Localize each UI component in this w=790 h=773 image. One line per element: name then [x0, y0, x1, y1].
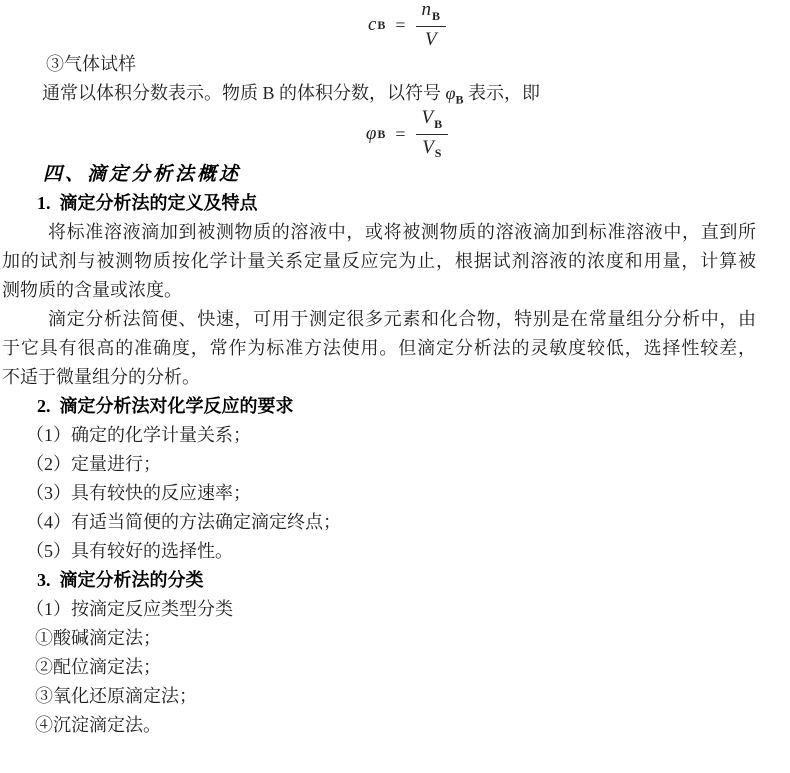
numerator-subscript: B [432, 9, 440, 23]
paragraph-line: 不适于微量组分的分析。 [2, 363, 756, 392]
formula-concentration: cB = nB V [0, 0, 790, 50]
formula-lhs-variable: φ [366, 123, 377, 145]
classification-list: ①酸碱滴定法； ②配位滴定法； ③氧化还原滴定法； ④沉淀滴定法。 [0, 624, 790, 740]
formula-volume-fraction: φB = VB VS [0, 108, 790, 160]
document-page: cB = nB V ③气体试样 通常以体积分数表示。物质 B 的体积分数，以符号… [0, 0, 790, 773]
requirement-item: （2）定量进行； [26, 450, 790, 479]
volume-fraction-text-before: 通常以体积分数表示。物质 B 的体积分数，以符号 [42, 83, 446, 103]
classification-item: ①酸碱滴定法； [35, 624, 790, 653]
requirements-list: （1）确定的化学计量关系； （2）定量进行； （3）具有较快的反应速率； （4）… [0, 421, 790, 566]
section-heading: 四、滴定分析法概述 [43, 160, 790, 189]
denominator-variable: V [425, 29, 437, 50]
equals-sign: = [395, 15, 405, 36]
denominator-variable: V [422, 137, 434, 158]
requirement-item: （4）有适当简便的方法确定滴定终点； [26, 508, 790, 537]
formula-lhs-subscript: B [377, 18, 385, 33]
phi-subscript: B [455, 93, 463, 107]
formula-lhs-variable: c [368, 14, 376, 36]
numerator-subscript: B [434, 117, 442, 131]
subheading-classification: 3.滴定分析法的分类 [37, 566, 790, 595]
volume-fraction-text-after: 表示，即 [464, 83, 541, 103]
classification-item: ④沉淀滴定法。 [35, 711, 790, 740]
requirement-item: （1）确定的化学计量关系； [26, 421, 790, 450]
paragraph-line: 滴定分析法简便、快速，可用于测定很多元素和化合物，特别是在常量组分分析中，由 [2, 305, 756, 334]
fraction: nB V [416, 0, 447, 51]
subheading-requirements: 2.滴定分析法对化学反应的要求 [37, 392, 790, 421]
phi-symbol: φ [446, 83, 456, 103]
subheading-title: 滴定分析法的定义及特点 [60, 193, 258, 213]
paragraph-definition: 将标准溶液滴加到被测物质的溶液中，或将被测物质的溶液滴加到标准溶液中，直到所 加… [0, 218, 790, 305]
subheading-definition: 1.滴定分析法的定义及特点 [37, 189, 790, 218]
subheading-number: 1. [37, 193, 51, 213]
classification-item: ②配位滴定法； [35, 653, 790, 682]
subheading-title: 滴定分析法对化学反应的要求 [60, 396, 294, 416]
formula-lhs-subscript: B [377, 127, 385, 142]
subheading-number: 3. [37, 570, 51, 590]
subheading-title: 滴定分析法的分类 [60, 570, 204, 590]
gas-sample-item: ③气体试样 [46, 50, 790, 79]
numerator-variable: n [422, 0, 432, 20]
subheading-number: 2. [37, 396, 51, 416]
paragraph-line: 将标准溶液滴加到被测物质的溶液中，或将被测物质的溶液滴加到标准溶液中，直到所 [2, 218, 756, 247]
paragraph-features: 滴定分析法简便、快速，可用于测定很多元素和化合物，特别是在常量组分分析中，由 于… [0, 305, 790, 392]
denominator-subscript: S [435, 146, 442, 160]
classification-intro: （1）按滴定反应类型分类 [26, 595, 790, 624]
paragraph-line: 测物质的含量或浓度。 [2, 276, 756, 305]
fraction: VB VS [416, 107, 449, 161]
classification-item: ③氧化还原滴定法； [35, 682, 790, 711]
requirement-item: （3）具有较快的反应速率； [26, 479, 790, 508]
equals-sign: = [395, 124, 405, 145]
paragraph-line: 加的试剂与被测物质按化学计量关系定量反应完为止，根据试剂溶液的浓度和用量，计算被 [2, 247, 756, 276]
numerator-variable: V [422, 107, 434, 128]
requirement-item: （5）具有较好的选择性。 [26, 537, 790, 566]
paragraph-line: 于它具有很高的准确度，常作为标准方法使用。但滴定分析法的灵敏度较低，选择性较差， [2, 334, 756, 363]
volume-fraction-intro: 通常以体积分数表示。物质 B 的体积分数，以符号 φB 表示，即 [42, 79, 790, 108]
